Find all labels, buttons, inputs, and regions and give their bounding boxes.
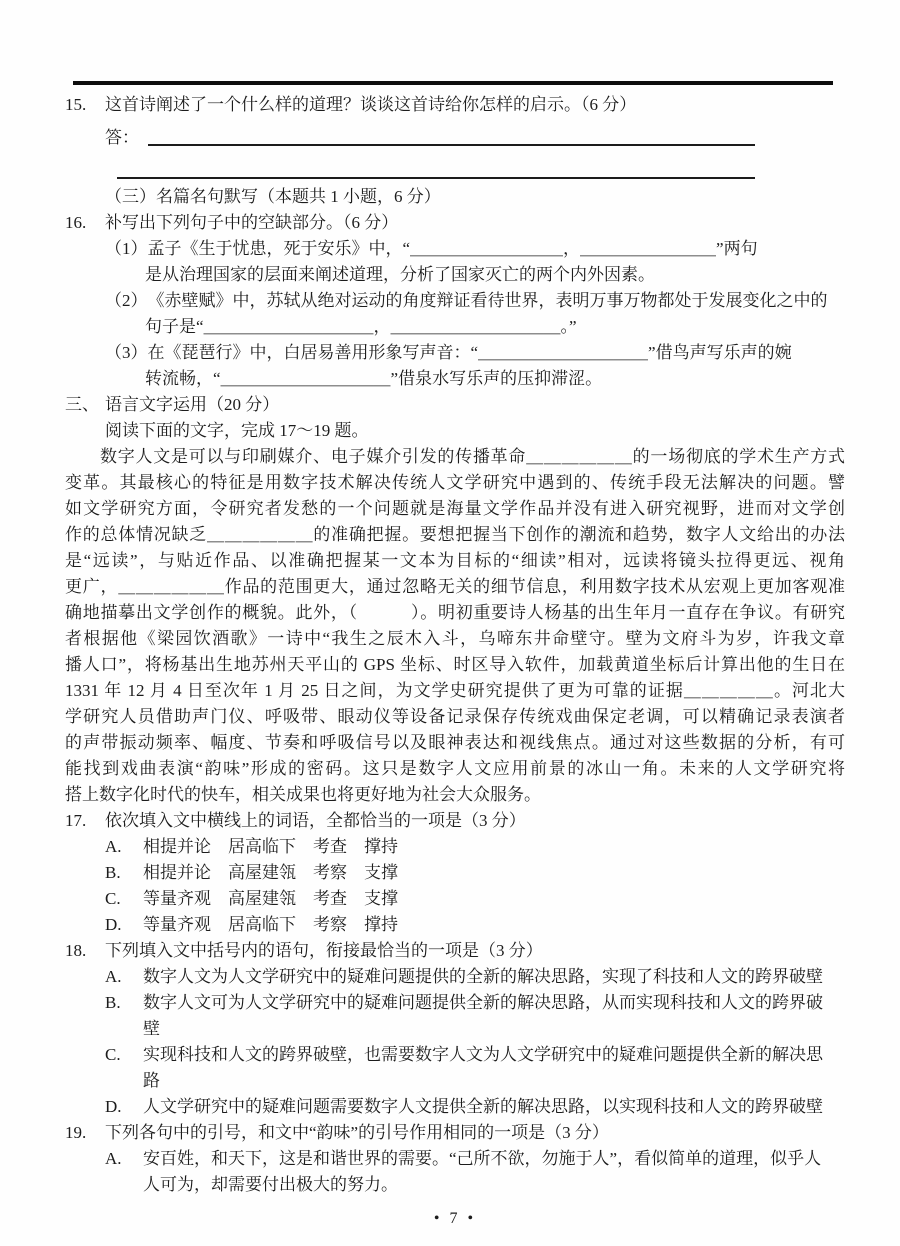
passage-line: 学研究人员借助声门仪、呼吸带、眼动仪等设备记录保存传统戏曲保定老调，可以精确记录… [65,704,845,730]
page-top-rule [73,81,833,85]
item-1-line-1: 孟子《生于忧患，死于安乐》中，“＿＿＿＿＿＿＿＿＿，＿＿＿＿＿＿＿＿”两句 [148,236,846,262]
page-number: • 7 • [65,1206,845,1232]
passage-line: 是“远读”，与贴近作品、以准确把握某一文本为目标的“细读”相对，远读将镜头拉得更… [65,548,845,574]
answer-label: 答： [105,125,148,151]
option-c-label: C. [105,886,143,912]
question-15-number: 15. [65,92,105,118]
option-b-text-line-2: 壁 [143,1016,845,1042]
answer-blank-line-1 [148,144,755,146]
option-a-label: A. [105,964,143,990]
option-b-label: B. [105,860,143,886]
option-b-label: B. [105,990,143,1016]
item-2-label: （2） [105,288,148,314]
question-17-option-d: D. 等量齐观 居高临下 考察 撑持 [105,912,845,938]
question-17-option-c: C. 等量齐观 高屋建瓴 考查 支撑 [105,886,845,912]
question-15-stem-text: 这首诗阐述了一个什么样的道理？谈谈这首诗给你怎样的启示。（6 分） [105,92,845,118]
option-c-text: 等量齐观 高屋建瓴 考查 支撑 [143,886,845,912]
question-19-stem: 19. 下列各句中的引号，和文中“韵味”的引号作用相同的一项是（3 分） [65,1120,845,1146]
option-d-label: D. [105,912,143,938]
exam-paper-page: 15. 这首诗阐述了一个什么样的道理？谈谈这首诗给你怎样的启示。（6 分） 答：… [0,0,900,1246]
item-2-line-2: 句子是“＿＿＿＿＿＿＿＿＿＿，＿＿＿＿＿＿＿＿＿＿。” [145,314,845,340]
question-18-option-d: D. 人文学研究中的疑难问题需要数字人文提供全新的解决思路，以实现科技和人文的跨… [105,1094,845,1120]
item-1-line-2: 是从治理国家的层面来阐述道理，分析了国家灭亡的两个内外因素。 [145,262,845,288]
question-17-stem: 17. 依次填入文中横线上的词语，全都恰当的一项是（3 分） [65,808,845,834]
passage-line: 作的总体情况缺乏＿＿＿＿＿＿的准确把握。要想把握当下创作的潮流和趋势，数字人文给… [65,522,845,548]
passage-line: 搭上数字化时代的快车，相关成果也将更好地为社会大众服务。 [65,782,845,808]
option-c-label: C. [105,1042,143,1068]
question-16-item-3: （3） 在《琵琶行》中，白居易善用形象写声音：“＿＿＿＿＿＿＿＿＿＿”借鸟声写乐… [105,340,845,366]
option-a-text: 安百姓，和天下，这是和谐世界的需要。“己所不欲，勿施于人”，看似简单的道理，似乎… [143,1146,845,1172]
passage-line: 的声带振动频率、幅度、节奏和呼吸信号以及眼神表达和视线焦点。通过对这些数据的分析… [65,730,845,756]
option-a-text: 数字人文为人文学研究中的疑难问题提供的全新的解决思路，实现了科技和人文的跨界破壁 [143,964,845,990]
passage-line: 能找到戏曲表演“韵味”形成的密码。这只是数字人文应用前景的冰山一角。未来的人文学… [65,756,845,782]
item-3-label: （3） [105,340,148,366]
passage-line: 1331 年 12 月 4 日至次年 1 月 25 日之间，为文学史研究提供了更… [65,678,845,704]
option-a-text-line-2: 人可为，却需要付出极大的努力。 [143,1172,845,1198]
option-c-text: 实现科技和人文的跨界破壁，也需要数字人文为人文学研究中的疑难问题提供全新的解决思 [143,1042,845,1068]
question-16-stem-text: 补写出下列句子中的空缺部分。（6 分） [105,210,845,236]
question-18-number: 18. [65,938,105,964]
option-a-label: A. [105,1146,143,1172]
question-16-stem: 16. 补写出下列句子中的空缺部分。（6 分） [65,210,845,236]
section-yuyan-number: 三、 [65,392,105,418]
question-19-option-a: A. 安百姓，和天下，这是和谐世界的需要。“己所不欲，勿施于人”，看似简单的道理… [105,1146,845,1172]
question-17-stem-text: 依次填入文中横线上的词语，全都恰当的一项是（3 分） [105,808,845,834]
passage-line: 者根据他《梁园饮酒歌》一诗中“我生之辰木入斗，乌啼东井命壁守。壁为文府斗为岁，许… [65,626,845,652]
question-19-number: 19. [65,1120,105,1146]
question-18-option-b: B. 数字人文可为人文学研究中的疑难问题提供全新的解决思路，从而实现科技和人文的… [105,990,845,1016]
question-17-option-b: B. 相提并论 高屋建瓴 考察 支撑 [105,860,845,886]
item-3-line-2: 转流畅，“＿＿＿＿＿＿＿＿＿＿”借泉水写乐声的压抑滞涩。 [145,366,845,392]
passage-line: 数字人文是可以与印刷媒介、电子媒介引发的传播革命＿＿＿＿＿＿的一场彻底的学术生产… [65,444,845,470]
question-18-stem-text: 下列填入文中括号内的语句，衔接最恰当的一项是（3 分） [105,938,845,964]
passage-line: 如文学研究方面，令研究者发愁的一个问题就是海量文学作品并没有进入研究视野，进而对… [65,496,845,522]
question-17-number: 17. [65,808,105,834]
question-18-option-a: A. 数字人文为人文学研究中的疑难问题提供的全新的解决思路，实现了科技和人文的跨… [105,964,845,990]
page-content: 15. 这首诗阐述了一个什么样的道理？谈谈这首诗给你怎样的启示。（6 分） 答：… [65,92,845,1232]
option-a-text: 相提并论 居高临下 考查 撑持 [143,834,845,860]
passage-intro: 阅读下面的文字，完成 17～19 题。 [105,418,845,444]
passage-line: 确地描摹出文学创作的概貌。此外，（ ）。明初重要诗人杨基的出生年月一直存在争议。… [65,600,845,626]
section-yuyan-title-row: 三、 语言文字运用（20 分） [65,392,845,418]
question-16-number: 16. [65,210,105,236]
item-3-line-1: 在《琵琶行》中，白居易善用形象写声音：“＿＿＿＿＿＿＿＿＿＿”借鸟声写乐声的婉 [148,340,846,366]
question-16-item-1: （1） 孟子《生于忧患，死于安乐》中，“＿＿＿＿＿＿＿＿＿，＿＿＿＿＿＿＿＿”两… [105,236,845,262]
question-15-answer-row-2 [65,151,845,184]
question-18-stem: 18. 下列填入文中括号内的语句，衔接最恰当的一项是（3 分） [65,938,845,964]
section-yuyan-title: 语言文字运用（20 分） [105,392,845,418]
option-a-label: A. [105,834,143,860]
option-d-text: 人文学研究中的疑难问题需要数字人文提供全新的解决思路，以实现科技和人文的跨界破壁 [143,1094,845,1120]
option-b-text: 数字人文可为人文学研究中的疑难问题提供全新的解决思路，从而实现科技和人文的跨界破 [143,990,845,1016]
question-18-option-c: C. 实现科技和人文的跨界破壁，也需要数字人文为人文学研究中的疑难问题提供全新的… [105,1042,845,1068]
question-17-option-a: A. 相提并论 居高临下 考查 撑持 [105,834,845,860]
option-c-text-line-2: 路 [143,1068,845,1094]
passage-line: 播人口”，将杨基出生地苏州天平山的 GPS 坐标、时区导入软件，加载黄道坐标后计… [65,652,845,678]
question-15-answer-row-1: 答： [65,118,845,151]
option-b-text: 相提并论 高屋建瓴 考察 支撑 [143,860,845,886]
question-15-stem: 15. 这首诗阐述了一个什么样的道理？谈谈这首诗给你怎样的启示。（6 分） [65,92,845,118]
question-16-item-2: （2） 《赤壁赋》中，苏轼从绝对运动的角度辩证看待世界，表明万事万物都处于发展变… [105,288,845,314]
passage-line: 更广，＿＿＿＿＿＿作品的范围更大，通过忽略无关的细节信息，利用数字技术从宏观上更… [65,574,845,600]
option-d-label: D. [105,1094,143,1120]
passage: 数字人文是可以与印刷媒介、电子媒介引发的传播革命＿＿＿＿＿＿的一场彻底的学术生产… [65,444,845,808]
section-mingju-title: （三）名篇名句默写（本题共 1 小题，6 分） [105,184,845,210]
option-d-text: 等量齐观 居高临下 考察 撑持 [143,912,845,938]
answer-blank-line-2 [117,177,755,179]
item-2-line-1: 《赤壁赋》中，苏轼从绝对运动的角度辩证看待世界，表明万事万物都处于发展变化之中的 [148,288,846,314]
passage-line: 变革。其最核心的特征是用数字技术解决传统人文学研究中遇到的、传统手段无法解决的问… [65,470,845,496]
question-19-stem-text: 下列各句中的引号，和文中“韵味”的引号作用相同的一项是（3 分） [105,1120,845,1146]
item-1-label: （1） [105,236,148,262]
